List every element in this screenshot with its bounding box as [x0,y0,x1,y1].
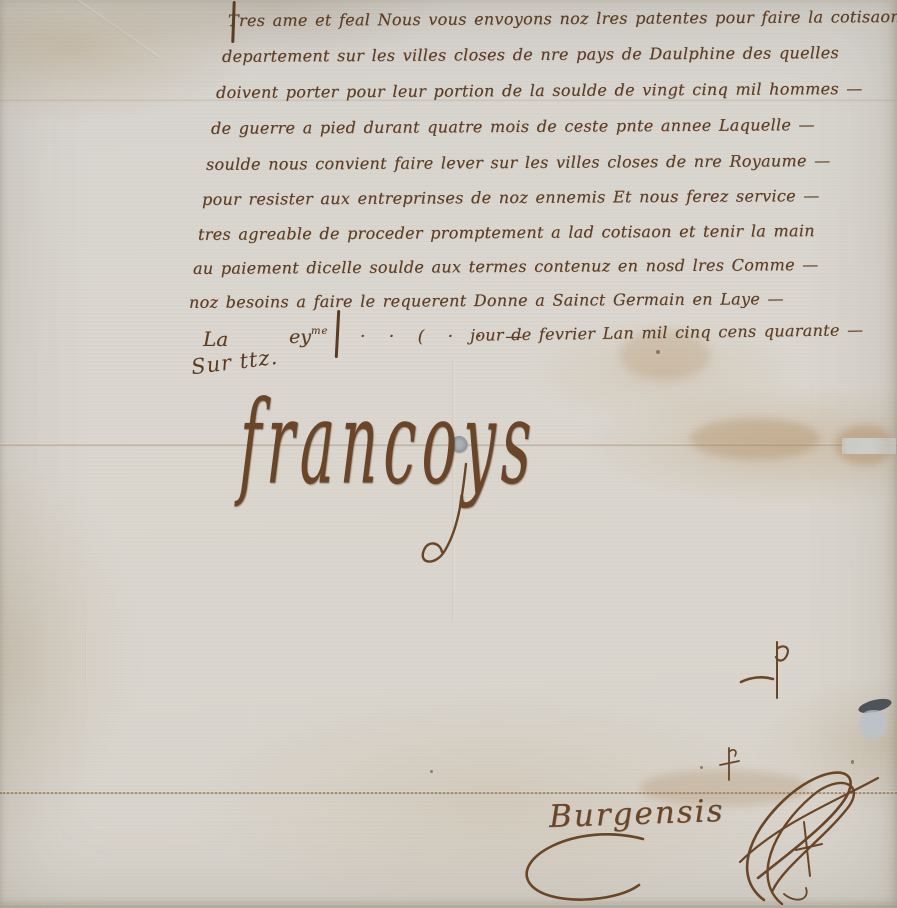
date-opening: La [203,328,228,350]
manuscript-line: doivent porter pour leur portion de la s… [216,80,863,102]
date-ordinal: eyme [289,326,328,348]
manuscript-photo: Tres ame et feal Nous vous envoyons noz … [0,0,897,908]
manuscript-line: departement sur les villes closes de nre… [222,44,839,66]
ink-speck [700,766,703,769]
royal-signature: francoys [238,386,539,501]
tear-right-edge-dark [857,696,893,716]
paraph-flourish-icon [726,758,896,908]
countersignature-initial-curve-icon [505,833,655,908]
manuscript-line: de guerre a pied durant quatre mois de c… [211,116,815,138]
crease-stain-edge [835,425,895,465]
date-ordinal-text: ey [289,326,311,348]
date-text: jour de fevrier Lan mil cinq cens quaran… [470,321,864,344]
manuscript-line: soulde nous convient faire lever sur les… [206,152,831,174]
manuscript-line: noz besoins a faire le requerent Donne a… [189,290,784,312]
paper-scratch [85,628,87,684]
manuscript-line: Tres ame et feal Nous vous envoyons noz … [228,8,897,31]
manuscript-line: au paiement dicelle soulde aux termes co… [193,256,819,278]
countersignature: Burgensis [549,796,725,833]
crease-stain-right [690,418,820,460]
ink-speck [430,770,433,773]
date-pen-stroke [335,310,340,358]
pen-mark-p-icon [733,638,793,704]
signature-flourish-icon [408,460,478,580]
manuscript-line: pour resister aux entreprinses de noz en… [202,187,820,209]
manuscript-line: tres agreable de proceder promptement a … [198,222,815,244]
date-ordinal-superscript: me [311,326,328,337]
crease-edge-damage [842,438,896,454]
ink-speck [656,350,660,354]
tear-right-edge-light [858,710,888,744]
fold-crease-corner [60,0,160,59]
